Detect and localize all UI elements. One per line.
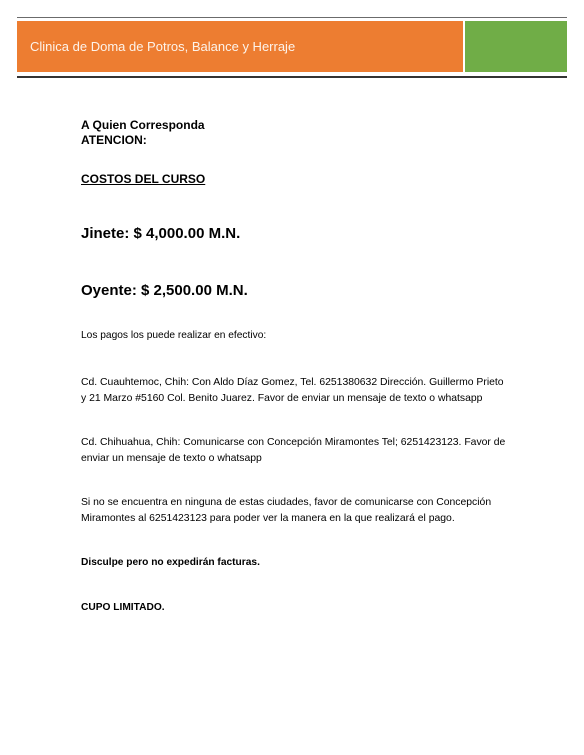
header-accent-block [465,21,567,72]
attention-label: ATENCION: [81,133,147,147]
limited-spots-note: CUPO LIMITADO. [81,602,165,613]
price-oyente: Oyente: $ 2,500.00 M.N. [81,282,248,299]
price-jinete: Jinete: $ 4,000.00 M.N. [81,225,240,242]
location-chihuahua: Cd. Chihuahua, Chih: Comunicarse con Con… [81,435,511,467]
location-cuauhtemoc: Cd. Cuauhtemoc, Chih: Con Aldo Díaz Gome… [81,375,511,407]
header-title-block: Clinica de Doma de Potros, Balance y Her… [17,21,463,72]
other-cities-note: Si no se encuentra en ninguna de estas c… [81,495,511,527]
header-title: Clinica de Doma de Potros, Balance y Her… [30,39,295,54]
header-bottom-rule [17,76,567,78]
document-header: Clinica de Doma de Potros, Balance y Her… [17,21,567,72]
payment-intro: Los pagos los puede realizar en efectivo… [81,330,266,341]
salutation: A Quien Corresponda [81,118,205,132]
no-invoice-note: Disculpe pero no expedirán facturas. [81,557,260,568]
section-title: COSTOS DEL CURSO [81,172,205,186]
header-top-rule [17,17,567,18]
